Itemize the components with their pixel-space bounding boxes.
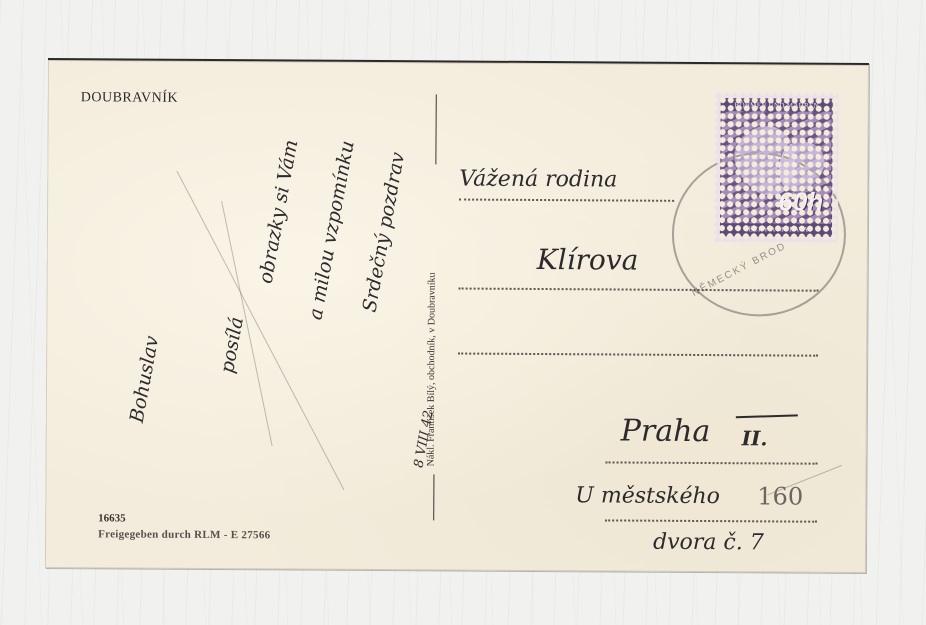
address-dotline-5 <box>605 519 817 522</box>
stamp-top-text: BÖHMEN UND MÄHREN <box>722 99 832 112</box>
message-line-3: obrazky si Vám <box>255 138 303 285</box>
pencil-stroke <box>767 465 842 495</box>
series-number: 16635 <box>98 512 126 524</box>
pencil-note: 160 <box>757 482 803 510</box>
divider-top <box>435 94 436 164</box>
message-line-1: Srdečný pozdrav <box>358 150 409 313</box>
message-line-2: a milou vzpomínku <box>304 139 358 322</box>
address-city: Praha <box>621 414 711 450</box>
message-line-4: posílá <box>216 315 248 375</box>
address-line-5: dvora č. 7 <box>653 530 764 556</box>
stamp-value: 60h <box>778 186 823 217</box>
signature: Bohuslav <box>126 334 163 424</box>
divider-bottom <box>433 474 434 520</box>
address-dotline-3 <box>458 353 818 357</box>
address-dotline-4 <box>606 461 818 464</box>
place-title: DOUBRAVNÍK <box>81 90 178 107</box>
postage-stamp: BÖHMEN UND MÄHREN 60h ČECHY A MORAVA <box>714 92 839 243</box>
stamp-image: BÖHMEN UND MÄHREN 60h ČECHY A MORAVA <box>720 98 833 237</box>
address-line-1: Vážená rodina <box>459 167 617 193</box>
postcard: DOUBRAVNÍK Srdečný pozdrav a milou vzpom… <box>45 58 869 573</box>
address-line-2: Klírova <box>537 243 639 277</box>
address-district: II. <box>742 426 768 450</box>
address-dotline-1 <box>459 199 674 202</box>
stamp-bottom-text: ČECHY A MORAVA <box>721 223 831 236</box>
address-line-4: U městského <box>575 483 720 509</box>
underline-stroke <box>736 414 798 418</box>
pencil-stroke <box>176 171 344 490</box>
release-note: Freigegeben durch RLM - E 27566 <box>98 528 270 541</box>
